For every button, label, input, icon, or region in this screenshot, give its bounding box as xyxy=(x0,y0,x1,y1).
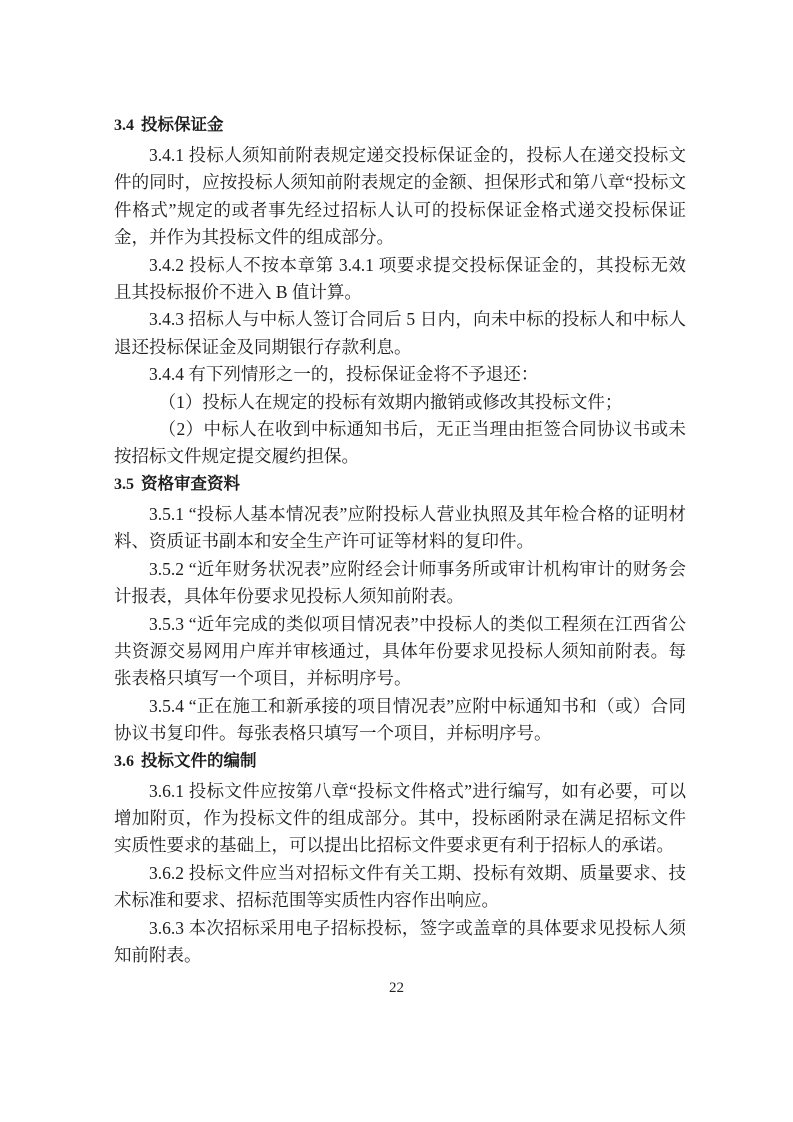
paragraph-3-4-4: 3.4.4 有下列情形之一的，投标保证金将不予退还： xyxy=(114,361,686,388)
paragraph-3-5-1: 3.5.1 “投标人基本情况表”应附投标人营业执照及其年检合格的证明材料、资质证… xyxy=(114,501,686,556)
paragraph-3-6-2: 3.6.2 投标文件应当对招标文件有关工期、投标有效期、质量要求、技术标准和要求… xyxy=(114,860,686,915)
paragraph-3-5-4: 3.5.4 “正在施工和新承接的项目情况表”应附中标通知书和（或）合同协议书复印… xyxy=(114,693,686,748)
page-number: 22 xyxy=(0,980,793,997)
document-content: 3.4投标保证金 3.4.1 投标人须知前附表规定递交投标保证金的，投标人在递交… xyxy=(114,112,686,969)
paragraph-3-6-1: 3.6.1 投标文件应按第八章“投标文件格式”进行编写，如有必要，可以增加附页，… xyxy=(114,778,686,860)
section-heading-3-6: 3.6投标文件的编制 xyxy=(114,748,686,775)
list-item-2: （2）中标人在收到中标通知书后，无正当理由拒签合同协议书或未按招标文件规定提交履… xyxy=(114,416,686,471)
section-number: 3.5 xyxy=(114,476,134,493)
paragraph-3-5-2: 3.5.2 “近年财务状况表”应附经会计师事务所或审计机构审计的财务会计报表，具… xyxy=(114,556,686,611)
list-item-1: （1）投标人在规定的投标有效期内撤销或修改其投标文件； xyxy=(114,389,686,416)
section-title: 投标文件的编制 xyxy=(141,752,257,770)
paragraph-3-6-3: 3.6.3 本次招标采用电子招标投标，签字或盖章的具体要求见投标人须知前附表。 xyxy=(114,915,686,970)
paragraph-3-4-2: 3.4.2 投标人不按本章第 3.4.1 项要求提交投标保证金的，其投标无效且其… xyxy=(114,252,686,307)
section-number: 3.6 xyxy=(114,753,134,770)
document-page: 3.4投标保证金 3.4.1 投标人须知前附表规定递交投标保证金的，投标人在递交… xyxy=(0,0,793,1122)
section-title: 资格审查资料 xyxy=(141,475,240,493)
section-heading-3-5: 3.5资格审查资料 xyxy=(114,471,686,498)
paragraph-3-5-3: 3.5.3 “近年完成的类似项目情况表”中投标人的类似工程须在江西省公共资源交易… xyxy=(114,611,686,693)
paragraph-3-4-3: 3.4.3 招标人与中标人签订合同后 5 日内，向未中标的投标人和中标人退还投标… xyxy=(114,306,686,361)
section-number: 3.4 xyxy=(114,117,134,134)
section-heading-3-4: 3.4投标保证金 xyxy=(114,112,686,139)
section-title: 投标保证金 xyxy=(141,116,224,134)
paragraph-3-4-1: 3.4.1 投标人须知前附表规定递交投标保证金的，投标人在递交投标文件的同时，应… xyxy=(114,142,686,252)
